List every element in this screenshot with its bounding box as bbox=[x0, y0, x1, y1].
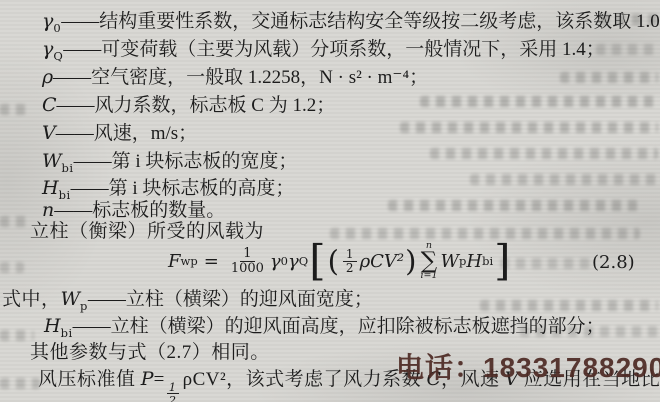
definition-line-gamma0: γ0——结构重要性系数，交通标志结构安全等级按二级考虑，该系数取 1.0； bbox=[42, 10, 660, 33]
definition-line-Wbi: Wbi——第 i 块标志板的宽度； bbox=[42, 150, 297, 173]
P-symbol: P bbox=[141, 368, 154, 390]
bleedthrough-smudge bbox=[470, 174, 658, 185]
where-text: ——立柱（横梁）的迎风面高度，应扣除被标志板遮挡的部分； bbox=[73, 316, 605, 337]
equals-sign: = bbox=[154, 369, 165, 390]
definition-line-rho: ρ——空气密度，一般取 1.2258，N · s² · m⁻⁴； bbox=[42, 66, 428, 89]
definition-text: ——可变荷载（主要为风载）分项系数，一般情况下，采用 1.4； bbox=[63, 39, 605, 60]
bleedthrough-smudge bbox=[560, 72, 658, 83]
definition-text: ——第 i 块标志板的高度； bbox=[71, 178, 295, 199]
symbol-Wbi: W bbox=[42, 150, 62, 172]
phone-watermark: 电话：18331788290 bbox=[396, 346, 660, 386]
watermark-label: 电话： bbox=[396, 352, 483, 383]
definition-line-C: C——风力系数，标志板 C 为 1.2； bbox=[42, 94, 335, 117]
closing-pre: 风压标准值 bbox=[38, 369, 141, 390]
watermark-number: 18331788290 bbox=[483, 352, 660, 383]
symbol-gamma0: γ bbox=[42, 10, 53, 32]
symbol-C: C bbox=[42, 94, 57, 116]
bleedthrough-smudge bbox=[388, 200, 638, 211]
definition-line-n: n——标志板的数量。 bbox=[42, 199, 225, 222]
bleedthrough-smudge bbox=[596, 44, 658, 55]
Hbi-symbol: H bbox=[44, 315, 61, 337]
symbol-rho: ρ bbox=[42, 66, 53, 88]
bleedthrough-smudge bbox=[0, 104, 26, 115]
summation: n ∑ i=1 bbox=[420, 241, 437, 281]
where-text: ——立柱（横梁）的迎风面宽度； bbox=[88, 289, 373, 310]
gammaQ-symbol: γ bbox=[288, 251, 299, 272]
definition-text: ——标志板的数量。 bbox=[54, 200, 225, 221]
bleedthrough-smudge bbox=[500, 258, 590, 269]
bleedthrough-smudge bbox=[480, 300, 658, 311]
symbol-gammaQ: γ bbox=[42, 38, 53, 60]
half-fraction: 1 2 bbox=[343, 248, 357, 274]
definition-line-gammaQ: γQ——可变荷载（主要为风载）分项系数，一般情况下，采用 1.4； bbox=[42, 38, 605, 61]
bleedthrough-smudge bbox=[0, 330, 34, 341]
closing-post: ρCV²，该式考虑了风力系数 bbox=[183, 369, 427, 390]
note-text: 其他参数与式（2.7）相同。 bbox=[30, 342, 270, 363]
rho-C-V2-term: ρCV² bbox=[360, 251, 405, 272]
definition-line-V: V——风速，m/s； bbox=[42, 122, 197, 145]
equals-sign: = bbox=[204, 251, 219, 272]
definition-text: ——第 i 块标志板的宽度； bbox=[74, 151, 298, 172]
symbol-Hbi: H bbox=[42, 177, 59, 199]
gamma0-symbol: γ bbox=[270, 251, 281, 272]
bleedthrough-smudge bbox=[0, 378, 40, 389]
bleedthrough-smudge bbox=[420, 96, 658, 107]
note-line: 其他参数与式（2.7）相同。 bbox=[30, 342, 270, 364]
definition-text: ——结构重要性系数，交通标志结构安全等级按二级考虑，该系数取 1.0； bbox=[61, 11, 660, 32]
coef-fraction: 1 1000 bbox=[228, 247, 267, 275]
where-line-Wp: 式中，Wp——立柱（横梁）的迎风面宽度； bbox=[2, 288, 373, 311]
scanned-document-page: γ0——结构重要性系数，交通标志结构安全等级按二级考虑，该系数取 1.0； γQ… bbox=[0, 0, 660, 402]
where-line-Hbi: Hbi——立柱（横梁）的迎风面高度，应扣除被标志板遮挡的部分； bbox=[44, 315, 605, 338]
equation-2-8: Fwp = 1 1000 γ0 γQ [ ( 1 2 ρCV² ) n ∑ i=… bbox=[168, 236, 512, 286]
bleedthrough-smudge bbox=[400, 122, 658, 133]
half-fraction: 12 bbox=[167, 381, 179, 402]
equation-number: (2.8) bbox=[592, 252, 635, 273]
bleedthrough-smudge bbox=[0, 216, 30, 227]
symbol-n: n bbox=[42, 199, 54, 221]
definition-text: ——风速，m/s； bbox=[56, 123, 197, 144]
definition-line-Hbi: Hbi——第 i 块标志板的高度； bbox=[42, 177, 294, 200]
definition-text: ——风力系数，标志板 C 为 1.2； bbox=[57, 95, 336, 116]
Wp-symbol: W bbox=[61, 288, 81, 310]
bleedthrough-smudge bbox=[430, 148, 658, 159]
F-symbol: F bbox=[168, 251, 181, 272]
where-prefix: 式中， bbox=[2, 289, 61, 310]
definition-text: ——空气密度，一般取 1.2258，N · s² · m⁻⁴； bbox=[53, 67, 428, 88]
Wp-symbol: W bbox=[441, 251, 460, 272]
bleedthrough-smudge bbox=[0, 262, 24, 273]
sigma-symbol: ∑ bbox=[421, 251, 437, 272]
Hbi-symbol: H bbox=[466, 251, 482, 272]
symbol-V: V bbox=[42, 122, 56, 144]
